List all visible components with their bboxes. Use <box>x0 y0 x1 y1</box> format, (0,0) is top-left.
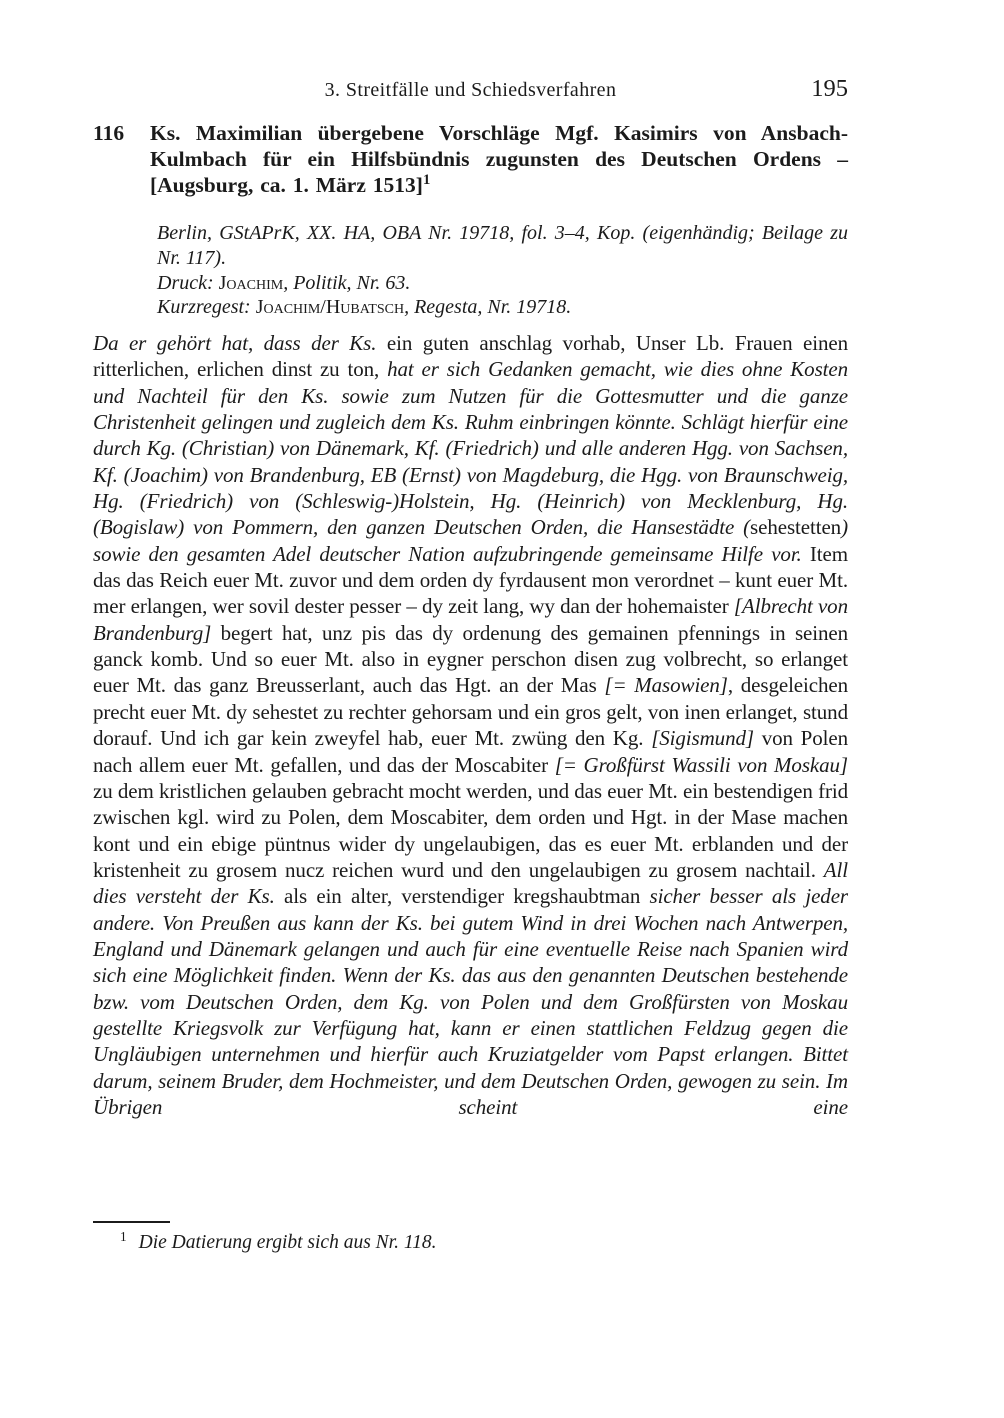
footnote-rule <box>93 1221 170 1223</box>
running-head-title: 3. Streitfälle und Schiedsverfahren <box>93 79 848 102</box>
footnote-line: 1Die Datierung ergibt sich aus Nr. 118. <box>93 1231 848 1255</box>
text-segment-italic: , Regesta, Nr. 19718. <box>404 296 571 318</box>
text-segment-roman: sehestetten <box>750 515 841 539</box>
footnote-marker: 1 <box>120 1229 127 1244</box>
text-segment-italic: sicher besser als jeder andere. Von Preu… <box>93 884 848 1119</box>
footnote-block: 1Die Datierung ergibt sich aus Nr. 118. <box>93 1221 848 1255</box>
text-segment-smallcaps: Joachim <box>219 272 284 294</box>
entry-heading-block: 116 Ks. Maximilian übergebene Vorschläge… <box>93 120 848 198</box>
entry-title-text: Ks. Maximilian übergebene Vorschläge Mgf… <box>150 121 848 197</box>
text-segment-italic: Druck: <box>157 272 219 294</box>
regest-text: Da er gehört hat, dass der Ks. ein guten… <box>93 330 848 1120</box>
source-block: Berlin, GStAPrK, XX. HA, OBA Nr. 19718, … <box>157 221 848 320</box>
text-segment-italic: Da er gehört hat, dass der Ks. <box>93 331 387 355</box>
text-segment-italic: [Sigismund] <box>651 726 754 750</box>
text-segment-roman: zu dem kristlichen gelauben gebracht moc… <box>93 779 848 882</box>
text-segment-italic: Berlin, GStAPrK, XX. HA, OBA Nr. 19718, … <box>157 222 848 269</box>
archive-reference: Berlin, GStAPrK, XX. HA, OBA Nr. 19718, … <box>157 221 848 271</box>
footnote-text: Die Datierung ergibt sich aus Nr. 118. <box>139 1232 437 1253</box>
running-head: 3. Streitfälle und Schiedsverfahren 195 <box>93 79 848 107</box>
text-segment-smallcaps: Joachim/Hubatsch <box>256 296 404 318</box>
text-segment-roman: als ein alter, verstendiger kregshaubtma… <box>284 884 649 908</box>
book-page: 3. Streitfälle und Schiedsverfahren 195 … <box>0 0 1004 1418</box>
text-segment-italic: Kurzregest: <box>157 296 256 318</box>
entry-title: Ks. Maximilian übergebene Vorschläge Mgf… <box>150 120 848 198</box>
print-reference: Druck: Joachim, Politik, Nr. 63. <box>157 271 848 296</box>
text-segment-italic: [= Großfürst Wassili von Moskau] <box>555 753 848 777</box>
heading-footnote-ref: 1 <box>423 172 430 188</box>
page-number: 195 <box>811 75 848 103</box>
text-segment-italic: [= Masowien] <box>604 673 727 697</box>
text-segment-italic: , Politik, Nr. 63. <box>283 272 410 294</box>
short-regest-reference: Kurzregest: Joachim/Hubatsch, Regesta, N… <box>157 295 848 320</box>
text-segment-italic: hat er sich Gedanken gemacht, wie dies o… <box>93 357 848 539</box>
entry-number: 116 <box>93 120 150 146</box>
